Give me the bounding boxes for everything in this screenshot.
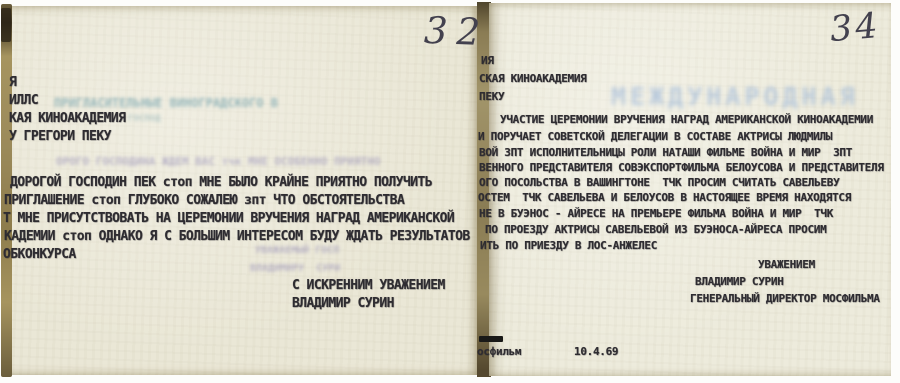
left-header-line: ИЛЛС [9, 93, 38, 108]
left-header-line: Я [9, 75, 16, 90]
folio-number-left: 32 [423, 9, 490, 54]
right-body-line: И ПОРУЧАЕТ СОВЕТСКОЙ ДЕЛЕГАЦИИ В СОСТАВЕ… [478, 130, 832, 143]
left-torn-edge [1, 4, 12, 377]
footer-org-stamp: осфильм [477, 345, 521, 358]
right-body-line: ОСТЕМ ТЧК САВЕЛЬЕВА И БЕЛОУСОВ В НАСТОЯЩ… [478, 191, 851, 204]
right-header-line: ПЕКУ [479, 90, 504, 103]
ghost-text: ВЛАДИМИРУ СУРИ [250, 263, 340, 274]
ghost-text: ОРОГО ГОСПОДИНА ЖДЕМ ВАС тчк МНЕ ОСОБЕНН… [56, 155, 381, 168]
right-signature-line: ВЛАДИМИР СУРИН [695, 275, 784, 288]
left-header-line: У ГРЕГОРИ ПЕКУ [9, 129, 111, 144]
right-body-line: УЧАСТИЕ ЦЕРЕМОНИИ ВРУЧЕНИЯ НАГРАД АМЕРИК… [500, 113, 873, 126]
right-body-line: ВЕННОГО ПРЕДСТАВИТЕЛЯ СОВЭКСПОРТФИЛЬМА Б… [479, 161, 884, 174]
right-page-sheet [489, 3, 891, 376]
right-body-line: ОГО ПОСОЛЬСТВА В ВАШИНГТОНЕ ТЧК ПРОСИМ С… [479, 176, 839, 189]
redaction-mark [479, 336, 503, 342]
left-signature-line: С ИСКРЕННИМ УВАЖЕНИЕМ [292, 278, 445, 293]
ghost-heading: МЕЖДУНАРОДНАЯ [611, 82, 859, 111]
right-signature-line: ГЕНЕРАЛЬНЫЙ ДИРЕКТОР МОСФИЛЬМА [690, 292, 880, 305]
right-body-line: ПО ПРОЕЗДУ АКТРИСЫ САВЕЛЬЕВОЙ ИЗ БУЭНОСА… [485, 223, 826, 236]
left-page-sheet [8, 6, 478, 375]
left-edge-dark-spot [1, 8, 11, 42]
left-body-line: ДОРОГОЙ ГОСПОДИН ПЕК стоп МНЕ БЫЛО КРАЙН… [10, 175, 432, 190]
left-body-line: КАДЕМИИ стоп ОДНАКО Я С БОЛЬШИМ ИНТЕРЕСО… [4, 229, 470, 244]
left-signature-line: ВЛАДИМИР СУРИН [292, 296, 394, 311]
right-header-line: СКАЯ КИНОАКАДЕМИЯ [479, 72, 586, 85]
ghost-text: ГОСПОД [128, 114, 161, 124]
folio-number-right: 34 [828, 6, 882, 50]
left-body-line: ОБКОНКУРСА [3, 247, 76, 262]
ghost-text: УВАЖАЕМЫЙ ГОСП [255, 245, 339, 256]
right-body-line: ВОЙ ЗПТ ИСПОЛНИТЕЛЬНИЦЫ РОЛИ НАТАШИ ФИЛЬ… [479, 146, 852, 159]
footer-date: 10.4.69 [574, 345, 618, 358]
right-header-line: ИЯ [481, 54, 494, 67]
left-body-line: ПРИГЛАШЕНИЕ стоп ГЛУБОКО СОЖАЛЕЮ зпт ЧТО… [4, 193, 404, 208]
ghost-text: ПРИГЛАСИТЕЛЬНЫЕ ВИНОГРАДСКОГО В [54, 96, 278, 110]
left-body-line: Т МНЕ ПРИСУТСТВОВАТЬ НА ЦЕРЕМОНИИ ВРУЧЕН… [3, 211, 454, 226]
right-body-line: НЕ В БУЭНОС - АЙРЕСЕ НА ПРЕМЬЕРЕ ФИЛЬМА … [479, 207, 833, 220]
document-scan: 32 34 ПРИГЛАСИТЕЛЬНЫЕ ВИНОГРАДСКОГО В ГО… [0, 0, 900, 383]
right-body-line: ИТЬ ПО ПРИЕЗДУ В ЛОС-АНЖЕЛЕС [480, 239, 657, 252]
left-header-line: КАЯ КИНОАКАДЕМИЯ [9, 111, 125, 126]
right-signature-line: УВАЖЕНИЕМ [758, 258, 815, 271]
